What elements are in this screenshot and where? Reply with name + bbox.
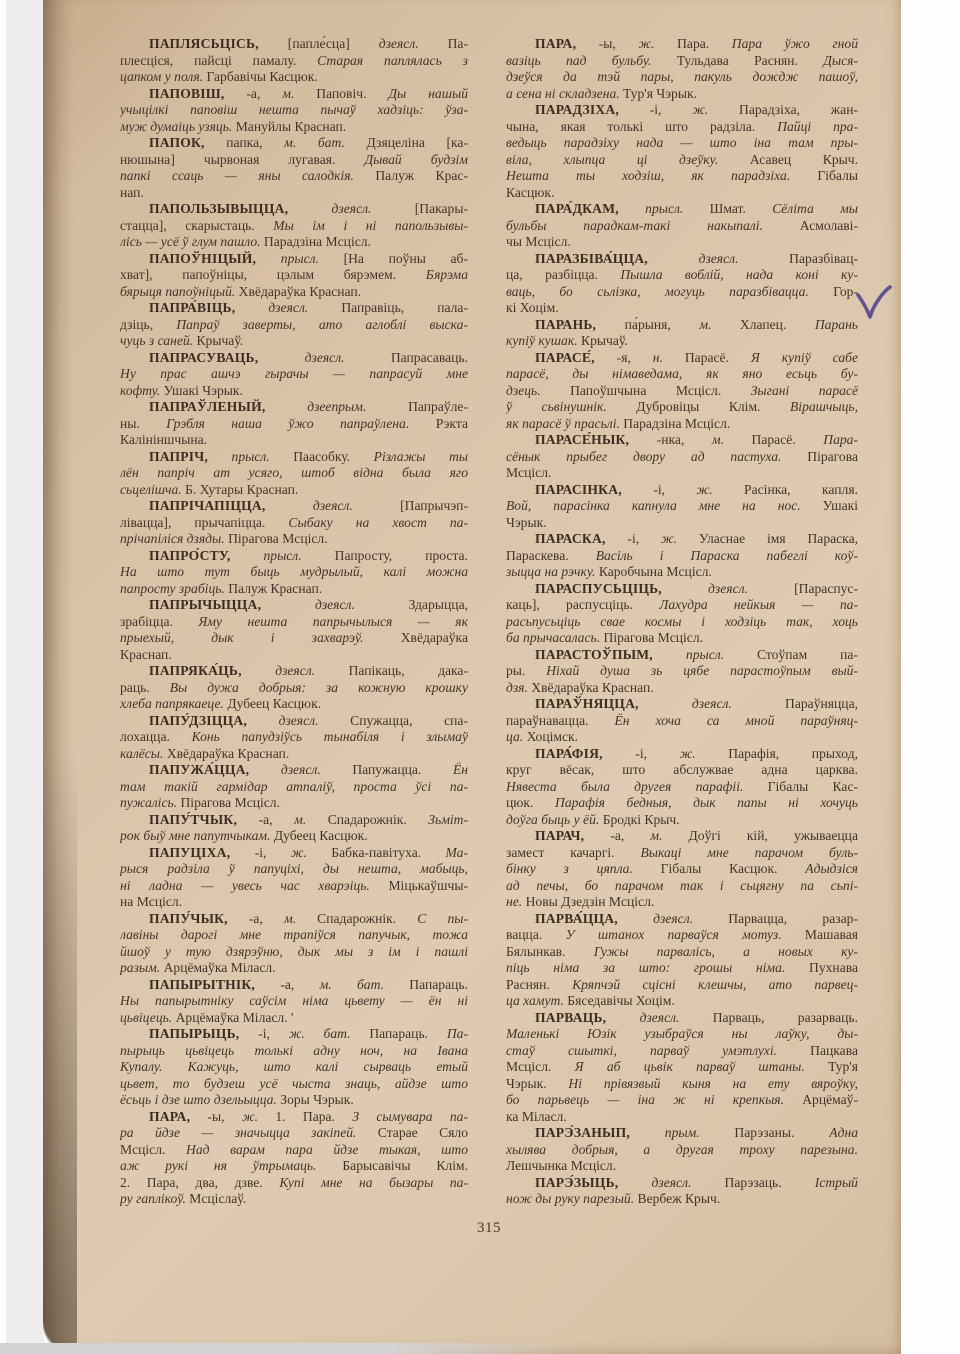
left-column: ПАПЛЯСЬЦІСЬ, [папле́сца] дзеясл. Па-плес… (120, 36, 468, 1208)
entry-example-text: Пара- (823, 432, 858, 447)
headword: ПАПУ́ЧЫК, (149, 911, 228, 926)
entry-example-text: Адыдзіся (805, 861, 858, 876)
entry-line: як парасё ў прасьлі. Парадзіна Мсцісл. (506, 416, 858, 433)
dictionary-entry: ПАРАСПУСЬЦІЦЬ, дзеясл. [Параспус-каць], … (506, 581, 858, 647)
entry-line: аж рукі ня ўтрымаць. Барысавічы Клім. (120, 1158, 468, 1175)
entry-example-text: На што тут быць мудрылый, калі можна (120, 564, 468, 579)
entry-text: ры. (506, 663, 546, 678)
entry-example-text: дзеясл. (692, 696, 732, 711)
entry-line: Лешчынка Мсцісл. (506, 1158, 858, 1175)
entry-example-text: прысл. (686, 647, 724, 662)
dictionary-entry: ПАРВАЦЬ, дзеясл. Парваць, разарваць.Мале… (506, 1010, 858, 1126)
entry-example-text: лавіны дарогі мне трапіўся папучык, тожа (120, 927, 468, 942)
dictionary-entry: ПАРАНЬ, па́рыня, м. Хлапец. Паранькупіў … (506, 317, 858, 350)
entry-example-text: Па- (447, 1026, 468, 1041)
entry-example-text: сёнык прыбег двору ад пастуха. (506, 449, 781, 464)
entry-example-text: разым. (120, 960, 160, 975)
entry-example-text: Парафія бедныя, дык папы ні хочуць (555, 795, 858, 810)
entry-line: ПАПЛЯСЬЦІСЬ, [папле́сца] дзеясл. Па- (120, 36, 468, 53)
entry-example-text: Старая паплялась з (317, 53, 468, 68)
entry-line: ПАПУ́ДЗІЦЦА, дзеясл. Спужацца, спа- (120, 713, 468, 730)
entry-example-text: бо парьвець — іна ж ні крепкыя. (506, 1092, 784, 1107)
entry-text: Папраўле- (366, 399, 468, 414)
entry-example-text: пырыць цьвіцець толькі адну ноч, на Іван… (120, 1043, 468, 1058)
entry-text: Гарбавічы Касцюк. (203, 69, 318, 84)
entry-line: Параскева. Васіль і Параска пабеглі коў- (506, 548, 858, 565)
entry-text: Папросту, проста. (302, 548, 468, 563)
entry-example-text: Пышла воблій, нада коні ку- (620, 267, 858, 282)
entry-text (235, 300, 268, 315)
entry-text (639, 696, 692, 711)
entry-text: Рэкта (409, 416, 468, 431)
entry-line: зыцца на рэчку. Каробчына Мсцісл. (506, 564, 858, 581)
entry-example-text: Сыбаку на хвост па- (288, 515, 468, 530)
entry-text: дзіць, (120, 317, 176, 332)
entry-example-text: ж. (242, 1109, 258, 1124)
entry-line: ПАРАСКА, -і, ж. Уласнае імя Параска, (506, 531, 858, 548)
entry-line: ПАРАСЕ́, -я, н. Парасё. Я купіў сабе (506, 350, 858, 367)
entry-line: Раснян. Кряпчэй сцісні клешчы, ато парве… (506, 977, 858, 994)
entry-line: Бялынкав. Гужы парвалісь, а новых ку- (506, 944, 858, 961)
entry-line: дзець. Папоўшчына Мсцісл. Зыгані парасё (506, 383, 858, 400)
entry-text: Папараць. (351, 1026, 447, 1041)
entry-line: раць. Вы дужа добрыя: за кожную крошку (120, 680, 468, 697)
entry-line: ПАРАНЬ, па́рыня, м. Хлапец. Парань (506, 317, 858, 334)
entry-example-text: лён папріч ат усяго, штоб відна была яго (120, 465, 468, 480)
entry-text: Дубеец Касцюк. (224, 696, 321, 711)
entry-example-text: Дывай будзім (364, 152, 468, 167)
entry-line: не. Новы Дзедзін Мсцісл. (506, 894, 858, 911)
entry-text: -а, (584, 828, 650, 843)
headword: ПАРАСПУСЬЦІЦЬ, (535, 581, 662, 596)
entry-example-text: м. (284, 911, 296, 926)
entry-example-text: Вірашчыць, (790, 399, 858, 414)
entry-example-text: м. (294, 812, 306, 827)
entry-text: Гібалы (790, 168, 858, 183)
entry-text: -я, (595, 350, 653, 365)
dictionary-entry: ПАРЭ́ЗЫЦЬ, дзеясл. Парэзаць. Істрыйнож д… (506, 1175, 858, 1208)
entry-text: круг вёсак, што абслужвае адна царква. (506, 762, 858, 777)
entry-text: Парваць, разарваць. (679, 1010, 858, 1025)
entry-text: Папікаць, дака- (315, 663, 468, 678)
entry-text: Касцюк. (506, 185, 554, 200)
entry-example-text: прысл. (281, 251, 319, 266)
entry-text: -і, (230, 845, 291, 860)
entry-line: ры. Ніхай душа зь цябе парастоўпым вый- (506, 663, 858, 680)
entry-example-text: купіў кушак. (506, 333, 578, 348)
entry-line: учыцілкі паповіш нешта пычаў хадзіць: ўз… (120, 102, 468, 119)
entry-line: папкі ссаць — яны салодкія. Палуж Крас- (120, 168, 468, 185)
entry-line: расьпусьціць свае космы і ходзіць так, х… (506, 614, 858, 631)
entry-text: Бяседавічы Хоцім. (564, 993, 675, 1008)
entry-text: Арцёмаў- (784, 1092, 858, 1107)
entry-text: Стоўпам па- (724, 647, 858, 662)
entry-text (208, 449, 232, 464)
entry-example-text: Вой, парасінка капнула мне на нос. (506, 498, 801, 513)
headword: ПАПУЦІХА, (149, 845, 230, 860)
entry-example-text: лісь — усё ў глум пашло. (120, 234, 261, 249)
entry-text: Пухнава (785, 960, 858, 975)
entry-text: Папараць. (384, 977, 468, 992)
entry-example-text: Адна (829, 1125, 858, 1140)
dictionary-entry: ПАПРЫЧЫЦЦА, дзеясл. Здарыцца,зрабіцца. Я… (120, 597, 468, 663)
entry-text: Палуж Крас- (354, 168, 468, 183)
entry-example-text: Купі мне на бызары па- (279, 1175, 468, 1190)
entry-text: па́рыня, (596, 317, 699, 332)
entry-example-text: н. (653, 350, 663, 365)
entry-text: -нка, (629, 432, 712, 447)
entry-example-text: м. (712, 432, 724, 447)
dictionary-entry: ПАПРАЎЛЕНЫЙ, дзеепрым. Папраўле-ны. Грэб… (120, 399, 468, 449)
entry-example-text: Мы ім і ні папользывы- (273, 218, 468, 233)
entry-example-text: папкі ссаць — яны салодкія. (120, 168, 354, 183)
headword: ПАПОЛЬЗЫВЫЦЦА, (149, 201, 288, 216)
entry-text: Папужацца. (321, 762, 453, 777)
dictionary-entry: ПАПОК, папка, м. бат. Дзяцеліна [ка-нюшы… (120, 135, 468, 201)
entry-text: Пірагова Мсцісл. (177, 795, 280, 810)
entry-text: Палуж Краснап. (225, 581, 322, 596)
entry-line: сёнык прыбег двору ад пастуха. Пірагова (506, 449, 858, 466)
entry-example-text: ж. (680, 746, 696, 761)
entry-text: Расінка, капля. (713, 482, 858, 497)
entry-example-text: муж думаіць узяць. (120, 119, 232, 134)
entry-text: Машавая (782, 927, 858, 942)
entry-example-text: Папраў заверты, ато аглоблі выска- (176, 317, 468, 332)
entry-line: нож ды руку парезый. Вербеж Крыч. (506, 1191, 858, 1208)
entry-example-text: У штанох парваўся мотуз. (566, 927, 782, 942)
entry-example-text: Купалу. Кажуць, што калі сырваць етый (120, 1059, 468, 1074)
entry-example-text: дзеясл. (653, 911, 693, 926)
entry-line: лівацца], прычапіцца. Сыбаку на хвост па… (120, 515, 468, 532)
entry-example-text: рыся радзіла ў папуціхі, ды нешта, мабыц… (120, 861, 468, 876)
entry-example-text: йшоў у тую дзярэўню, дык мы з ім і пашлі (120, 944, 468, 959)
entry-example-text: м. бат. (320, 977, 384, 992)
entry-example-text: Зыгані парасё (751, 383, 858, 398)
entry-text: Спадарожнік. (296, 911, 417, 926)
entry-text: Хвёдараўка Краснап. (163, 746, 289, 761)
entry-example-text: Ды нашый (388, 86, 468, 101)
dictionary-entry: ПАПЫРЫЦЬ, -і, ж. бат. Папараць. Па-пырыц… (120, 1026, 468, 1109)
scan-background-grey-strip (6, 0, 44, 1354)
entry-example-text: дзеясл. (313, 498, 353, 513)
entry-line: вазіць пад бульбу. Тульдава Раснян. Дыся… (506, 53, 858, 70)
entry-text: кі Хоцім. (506, 300, 559, 315)
headword: ПАРАСКА, (535, 531, 606, 546)
entry-line: цапком у поля. Гарбавічы Касцюк. (120, 69, 468, 86)
entry-text (266, 498, 313, 513)
entry-line: чына, якая толькі што радзіла. Пайці пра… (506, 119, 858, 136)
entry-line: ПАПРО́СТУ, прысл. Папросту, проста. (120, 548, 468, 565)
entry-example-text: Сёліта мы (772, 201, 858, 216)
headword: ПАПРЫЧЫЦЦА, (149, 597, 261, 612)
entry-text: -ы, (190, 1109, 242, 1124)
entry-example-text: ж. бат. (289, 1026, 351, 1041)
entry-example-text: м. (282, 86, 294, 101)
entry-text: Па- (419, 36, 468, 51)
entry-text (258, 350, 304, 365)
entry-example-text: ні ладна — увесь час хварэіць. (120, 878, 370, 893)
entry-example-text: Маленькі Юзік узыбраўся ны лаўку, ды- (506, 1026, 858, 1041)
entry-line: хлеба папрякаеце. Дубеец Касцюк. (120, 696, 468, 713)
entry-text: Паправіць, пала- (308, 300, 468, 315)
entry-text: [На поўны аб- (319, 251, 468, 266)
entry-text: Бялынкав. (506, 944, 594, 959)
entry-text: -і, (239, 1026, 288, 1041)
entry-text (261, 597, 315, 612)
entry-line: лён папріч ат усяго, штоб відна была яго (120, 465, 468, 482)
entry-line: ПАРЭ́ЗЫЦЬ, дзеясл. Парэзаць. Істрый (506, 1175, 858, 1192)
dictionary-entry: ПАПОЛЬЗЫВЫЦЦА, дзеясл. [Пакары-стацца], … (120, 201, 468, 251)
entry-text: -і, (606, 531, 661, 546)
entry-text: нап. (120, 185, 144, 200)
entry-text: Тур'я (805, 1059, 858, 1074)
entry-text: Краснап. (120, 647, 172, 662)
entry-text: Асмолаві- (763, 218, 858, 233)
entry-text (648, 251, 699, 266)
entry-example-text: ведыць парадзіху нада — што іна там пры- (506, 135, 858, 150)
entry-example-text: чуць з саней. (120, 333, 193, 348)
entry-text: Дубеец Касцюк. (271, 828, 368, 843)
dictionary-entry: ПАПУ́ТЧЫК, -а, м. Спадарожнік. Зьміт-рок… (120, 812, 468, 845)
entry-example-text: пужалісь. (120, 795, 177, 810)
entry-example-text: Парань (815, 317, 858, 332)
dictionary-entry: ПАРА, -ы, ж. Пара. Пара ўжо гнойвазіць п… (506, 36, 858, 102)
entry-example-text: дзеўся да тэй пары, пакуль дождж пашоў, (506, 69, 858, 84)
entry-example-text: Ён (453, 762, 468, 777)
headword: ПАПРІЧ, (149, 449, 208, 464)
entry-line: ПАРА́ФІЯ, -і, ж. Парафія, прыход, (506, 746, 858, 763)
dictionary-entry: ПАПУ́ДЗІЦЦА, дзеясл. Спужацца, спа-лохац… (120, 713, 468, 763)
entry-example-text: хылява добрыя, а другая троху парезына. (506, 1142, 858, 1157)
entry-example-text: доўга быць у ёй. (506, 812, 599, 827)
entry-text: Ушакі Чэрык. (160, 383, 243, 398)
entry-line: ПАПЫРЫЦЬ, -і, ж. бат. Папараць. Па- (120, 1026, 468, 1043)
entry-text: каць], распусціць. (506, 597, 659, 612)
entry-example-text: дзеясл. (279, 713, 319, 728)
entry-text: Дзяцеліна [ка- (345, 135, 468, 150)
entry-line: цьвіцець. Арцёмаўка Міласл. ' (120, 1010, 468, 1027)
entry-example-text: Выкаці мне парачом буль- (640, 845, 858, 860)
entry-example-text: учыцілкі паповіш нешта пычаў хадзіць: ўз… (120, 102, 468, 117)
entry-text: Каробчына Мсцісл. (595, 564, 711, 579)
dictionary-entry: ПАРА, -ы, ж. 1. Пара. З сымувара па-ра й… (120, 1109, 468, 1208)
headword: ПАРА, (149, 1109, 190, 1124)
entry-line: хват], папоўніцы, цэлым бярэмем. Бярэма (120, 267, 468, 284)
entry-example-text: дзеясл. (315, 597, 355, 612)
entry-example-text: Нявеста была другея парафіі. (506, 779, 743, 794)
entry-text: Ушакі (801, 498, 858, 513)
entry-text: Уласнае імя Параска, (677, 531, 858, 546)
entry-example-text: Я купіў сабе (751, 350, 858, 365)
entry-example-text: Васіль і Параска пабеглі коў- (596, 548, 858, 563)
entry-example-text: бярыця папоўніцый. (120, 284, 235, 299)
entry-text: Шмат. (683, 201, 772, 216)
entry-line: ПАРА, -ы, ж. Пара. Пара ўжо гной (506, 36, 858, 53)
entry-line: ПАПОВІШ, -а, м. Паповіч. Ды нашый (120, 86, 468, 103)
headword: ПАПРІЧАПІЦЦА, (149, 498, 266, 513)
entry-example-text: дзеясл. (268, 300, 308, 315)
entry-example-text: Пара ўжо гной (732, 36, 858, 51)
entry-example-text: ў сьвінушнік. (506, 399, 607, 414)
entry-line: ру гаплікоў. Мсціслаў. (120, 1191, 468, 1208)
entry-text: Парвацца, разар- (693, 911, 858, 926)
entry-example-text: ж. (661, 531, 677, 546)
dictionary-entry: ПАПРО́СТУ, прысл. Папросту, проста.На шт… (120, 548, 468, 598)
entry-example-text: прым. (665, 1125, 700, 1140)
headword: ПАРА, (535, 36, 576, 51)
headword: ПАПРО́СТУ, (149, 548, 230, 563)
headword: ПАПУ́ДЗІЦЦА, (149, 713, 247, 728)
entry-text: Мсціслаў. (186, 1191, 246, 1206)
entry-line: зрабіцца. Яму нешта папрычылыся — як (120, 614, 468, 631)
dictionary-entry: ПАПУЖА́ЦЦА, дзеясл. Папужацца. Ёнтам так… (120, 762, 468, 812)
right-column: ПАРА, -ы, ж. Пара. Пара ўжо гнойвазіць п… (506, 36, 858, 1208)
entry-example-text: Бярэма (426, 267, 468, 282)
entry-example-text: не. (506, 894, 522, 909)
dictionary-entry: ПАРАСТОЎПЫМ, прысл. Стоўпам па-ры. Ніхай… (506, 647, 858, 697)
entry-line: кі Хоцім. (506, 300, 858, 317)
entry-text: Паасобку. (270, 449, 374, 464)
entry-example-text: ж. (692, 102, 708, 117)
entry-line: параўнавацца. Ён хоча са мной параўняц- (506, 713, 858, 730)
entry-text: Параскева. (506, 548, 596, 563)
entry-example-text: ца. (506, 729, 523, 744)
entry-text: Пірагова (781, 449, 858, 464)
entry-example-text: м. (650, 828, 662, 843)
entry-text: Вербеж Крыч. (634, 1191, 720, 1206)
entry-line: Купалу. Кажуць, што калі сырваць етый (120, 1059, 468, 1076)
entry-text: Спужацца, спа- (319, 713, 469, 728)
entry-line: нюшына] чырвоная лугавая. Дывай будзім (120, 152, 468, 169)
entry-example-text: ца хамут. (506, 993, 564, 1008)
entry-example-text: Різлажы ты (374, 449, 468, 464)
entry-example-text: С пы- (417, 911, 468, 926)
entry-text: Раснян. (506, 977, 572, 992)
page-number: 315 (120, 1220, 858, 1237)
entry-example-text: цьвет, то будзеш усё чыста знаць, айдзе … (120, 1076, 468, 1091)
entry-line: піць німа за што: грошы німа. Пухнава (506, 960, 858, 977)
entry-text: Чэрык. (506, 1076, 568, 1091)
entry-line: муж думаіць узяць. Мануйлы Краснап. (120, 119, 468, 136)
entry-text: чына, якая толькі што радзіла. (506, 119, 777, 134)
entry-line: прічапіліся дзяды. Пірагова Мсцісл. (120, 531, 468, 548)
entry-line: разым. Арцёмаўка Міласл. (120, 960, 468, 977)
entry-text: Пара. (655, 36, 732, 51)
entry-line: Ну прас ашчэ гырачы — папрасуй мне (120, 366, 468, 383)
entry-line: Касцюк. (506, 185, 858, 202)
entry-text: Бабка-павітуха. (307, 845, 446, 860)
entry-text: Пірагова Мсцісл. (225, 531, 328, 546)
book-page: ПАПЛЯСЬЦІСЬ, [папле́сца] дзеясл. Па-плес… (43, 0, 901, 1354)
entry-text: Гібалы Кас- (743, 779, 858, 794)
entry-text: Арцёмаўка Міласл. (160, 960, 275, 975)
entry-text: стацца], скарыстаць. (120, 218, 273, 233)
entry-line: прыехый, дык і захварэў. Хвёдараўка (120, 630, 468, 647)
entry-line: 2. Пара, два, дзве. Купі мне на бызары п… (120, 1175, 468, 1192)
entry-example-text: цапком у поля. (120, 69, 203, 84)
entry-text (653, 647, 686, 662)
entry-text: ны. (120, 416, 166, 431)
entry-text: -а, (255, 977, 320, 992)
entry-text: чы Мсцісл. (506, 234, 571, 249)
entry-line: Нешта ты ходзіш, як парадзіха. Гібалы (506, 168, 858, 185)
entry-example-text: ж. (291, 845, 307, 860)
entry-text: Парадзіна Мсцісл. (620, 416, 730, 431)
entry-text: замест качаргі. (506, 845, 640, 860)
entry-line: бярыця папоўніцый. Хвёдараўка Краснап. (120, 284, 468, 301)
entry-text (288, 201, 331, 216)
entry-text: Лешчынка Мсцісл. (506, 1158, 616, 1173)
entry-line: Краснап. (120, 647, 468, 664)
entry-line: Мсцісл. (506, 465, 858, 482)
dictionary-entry: ПАРАСКА, -і, ж. Уласнае імя Параска,Пара… (506, 531, 858, 581)
entry-text: Чэрык. (506, 515, 547, 530)
entry-text: Бродкі Крыч. (599, 812, 679, 827)
dictionary-entry: ПАПРЯКА́ЦЬ, дзеясл. Папікаць, дака-раць.… (120, 663, 468, 713)
entry-text (618, 1175, 651, 1190)
entry-line: віла, хлыпца ці дзеўку. Асавец Крыч. (506, 152, 858, 169)
entry-example-text: кофту. (120, 383, 160, 398)
entry-example-text: Нешта ты ходзіш, як парадзіха. (506, 168, 790, 183)
dictionary-entry: ПАПРАСУВАЦЬ, дзеясл. Папрасаваць.Ну прас… (120, 350, 468, 400)
entry-line: доўга быць у ёй. Бродкі Крыч. (506, 812, 858, 829)
entry-text: Міцькаўшчы- (370, 878, 468, 893)
entry-line: стацца], скарыстаць. Мы ім і ні папользы… (120, 218, 468, 235)
entry-example-text: стаў сшыткі, парваў умэтлухі. (506, 1043, 777, 1058)
entry-example-text: ваць, бо сьлізка, могуць паразбівацца. (506, 284, 809, 299)
entry-text: Здарыцца, (355, 597, 468, 612)
entry-example-text: нож ды руку парезый. (506, 1191, 634, 1206)
entry-text: цюк. (506, 795, 555, 810)
entry-example-text: рок быў мне папутчыкам. (120, 828, 271, 843)
entry-line: цьвет, то будзеш усё чыста знаць, айдзе … (120, 1076, 468, 1093)
entry-line: ПАРА, -ы, ж. 1. Пара. З сымувара па- (120, 1109, 468, 1126)
entry-text: -ы, (576, 36, 638, 51)
entry-line: ПАПРА́ВІЦЬ, дзеясл. Паправіць, пала- (120, 300, 468, 317)
entry-text: Мсцісл. (506, 465, 551, 480)
entry-text: Папоўшчына Мсцісл. (541, 383, 751, 398)
entry-line: Нявеста была другея парафіі. Гібалы Кас- (506, 779, 858, 796)
entry-line: ПАПРЫЧЫЦЦА, дзеясл. Здарыцца, (120, 597, 468, 614)
entry-line: Вой, парасінка капнула мне на нос. Ушакі (506, 498, 858, 515)
entry-text: лівацца], прычапіцца. (120, 515, 288, 530)
entry-line: ПАРВАЦЬ, дзеясл. Парваць, разарваць. (506, 1010, 858, 1027)
handwritten-checkmark (855, 284, 893, 324)
entry-text: -і, (619, 102, 692, 117)
entry-line: Мсцісл. Над варам пара йдзе тыкая, што (120, 1142, 468, 1159)
entry-example-text: ад печы, бо парачом так і сьцягну па сьп… (506, 878, 858, 893)
entry-example-text: хлеба папрякаеце. (120, 696, 224, 711)
dictionary-entry: ПАПОЎНІЦЫЙ, прысл. [На поўны аб-хват], п… (120, 251, 468, 301)
entry-text (242, 663, 275, 678)
entry-example-text: прыехый, дык і захварэў. (120, 630, 364, 645)
entry-line: ПАПРЯКА́ЦЬ, дзеясл. Папікаць, дака- (120, 663, 468, 680)
entry-line: ПАПУЖА́ЦЦА, дзеясл. Папужацца. Ён (120, 762, 468, 779)
entry-example-text: цьвіцець. (120, 1010, 172, 1025)
entry-text: Парадзіха, жан- (708, 102, 858, 117)
entry-text: [Пакары- (371, 201, 468, 216)
entry-text: Асавец Крыч. (718, 152, 858, 167)
entry-example-text: дзеясл. (640, 1010, 680, 1025)
entry-line: калёсы. Хвёдараўка Краснап. (120, 746, 468, 763)
entry-line: ПАРАСІНКА, -і, ж. Расінка, капля. (506, 482, 858, 499)
entry-line: ПАРАСПУСЬЦІЦЬ, дзеясл. [Параспус- (506, 581, 858, 598)
entry-line: ПАРАСТОЎПЫМ, прысл. Стоўпам па- (506, 647, 858, 664)
entry-text: Парадзіна Мсцісл. (261, 234, 371, 249)
headword: ПАРВАЦЬ, (535, 1010, 606, 1025)
entry-line: ПАРА́ДКАМ, прысл. Шмат. Сёліта мы (506, 201, 858, 218)
entry-text: лохацца. (120, 729, 192, 744)
